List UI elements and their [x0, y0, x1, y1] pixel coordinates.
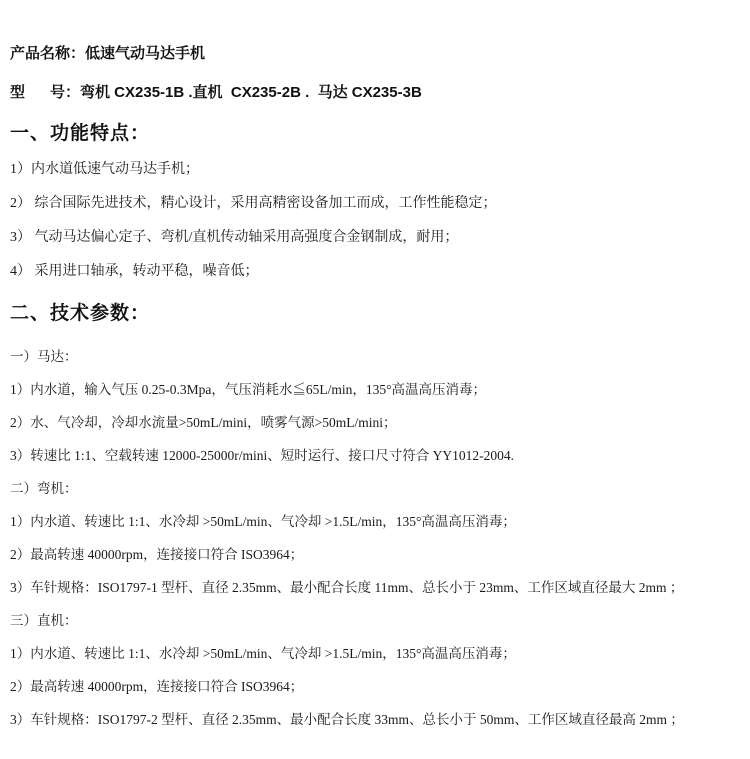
feature-item-2: 2） 综合国际先进技术，精心设计，采用高精密设备加工而成，工作性能稳定； — [10, 194, 736, 214]
product-spec-document: 产品名称：低速气动马达手机 型 号：弯机 CX235-1B .直机 CX235-… — [0, 0, 750, 759]
contra-angle-param-1: 1）内水道、转速比 1:1、水冷却 >50mL/min、气冷却 >1.5L/mi… — [10, 512, 736, 532]
feature-item-4: 4） 采用进口轴承，转动平稳，噪音低； — [10, 262, 736, 282]
feature-item-1: 1）内水道低速气动马达手机； — [10, 160, 736, 180]
subsection-straight-heading: 三）直机： — [10, 611, 736, 631]
subsection-contra-angle-heading: 二）弯机： — [10, 479, 736, 499]
straight-param-2: 2）最高转速 40000rpm，连接接口符合 ISO3964； — [10, 677, 736, 697]
contra-angle-param-2: 2）最高转速 40000rpm，连接接口符合 ISO3964； — [10, 545, 736, 565]
features-list: 1）内水道低速气动马达手机； 2） 综合国际先进技术，精心设计，采用高精密设备加… — [10, 160, 736, 282]
feature-item-3: 3） 气动马达偏心定子、弯机/直机传动轴采用高强度合金钢制成，耐用； — [10, 228, 736, 248]
model-number-line: 型 号：弯机 CX235-1B .直机 CX235-2B . 马达 CX235-… — [10, 83, 736, 103]
motor-param-2: 2）水、气冷却，冷却水流量>50mL/mini，喷雾气源>50mL/mini； — [10, 413, 736, 433]
straight-param-1: 1）内水道、转速比 1:1、水冷却 >50mL/min、气冷却 >1.5L/mi… — [10, 644, 736, 664]
parameters-section-heading: 二、技术参数： — [10, 302, 736, 326]
subsection-motor-heading: 一）马达： — [10, 347, 736, 367]
product-name-line: 产品名称：低速气动马达手机 — [10, 44, 736, 64]
parameters-list: 一）马达： 1）内水道，输入气压 0.25-0.3Mpa，气压消耗水≦65L/m… — [10, 347, 736, 730]
contra-angle-param-3: 3）车针规格：ISO1797-1 型杆、直径 2.35mm、最小配合长度 11m… — [10, 578, 736, 598]
motor-param-1: 1）内水道，输入气压 0.25-0.3Mpa，气压消耗水≦65L/min，135… — [10, 380, 736, 400]
straight-param-3: 3）车针规格：ISO1797-2 型杆、直径 2.35mm、最小配合长度 33m… — [10, 710, 736, 730]
motor-param-3: 3）转速比 1:1、空载转速 12000-25000r/mini、短时运行、接口… — [10, 446, 736, 466]
features-section-heading: 一、功能特点： — [10, 122, 736, 146]
